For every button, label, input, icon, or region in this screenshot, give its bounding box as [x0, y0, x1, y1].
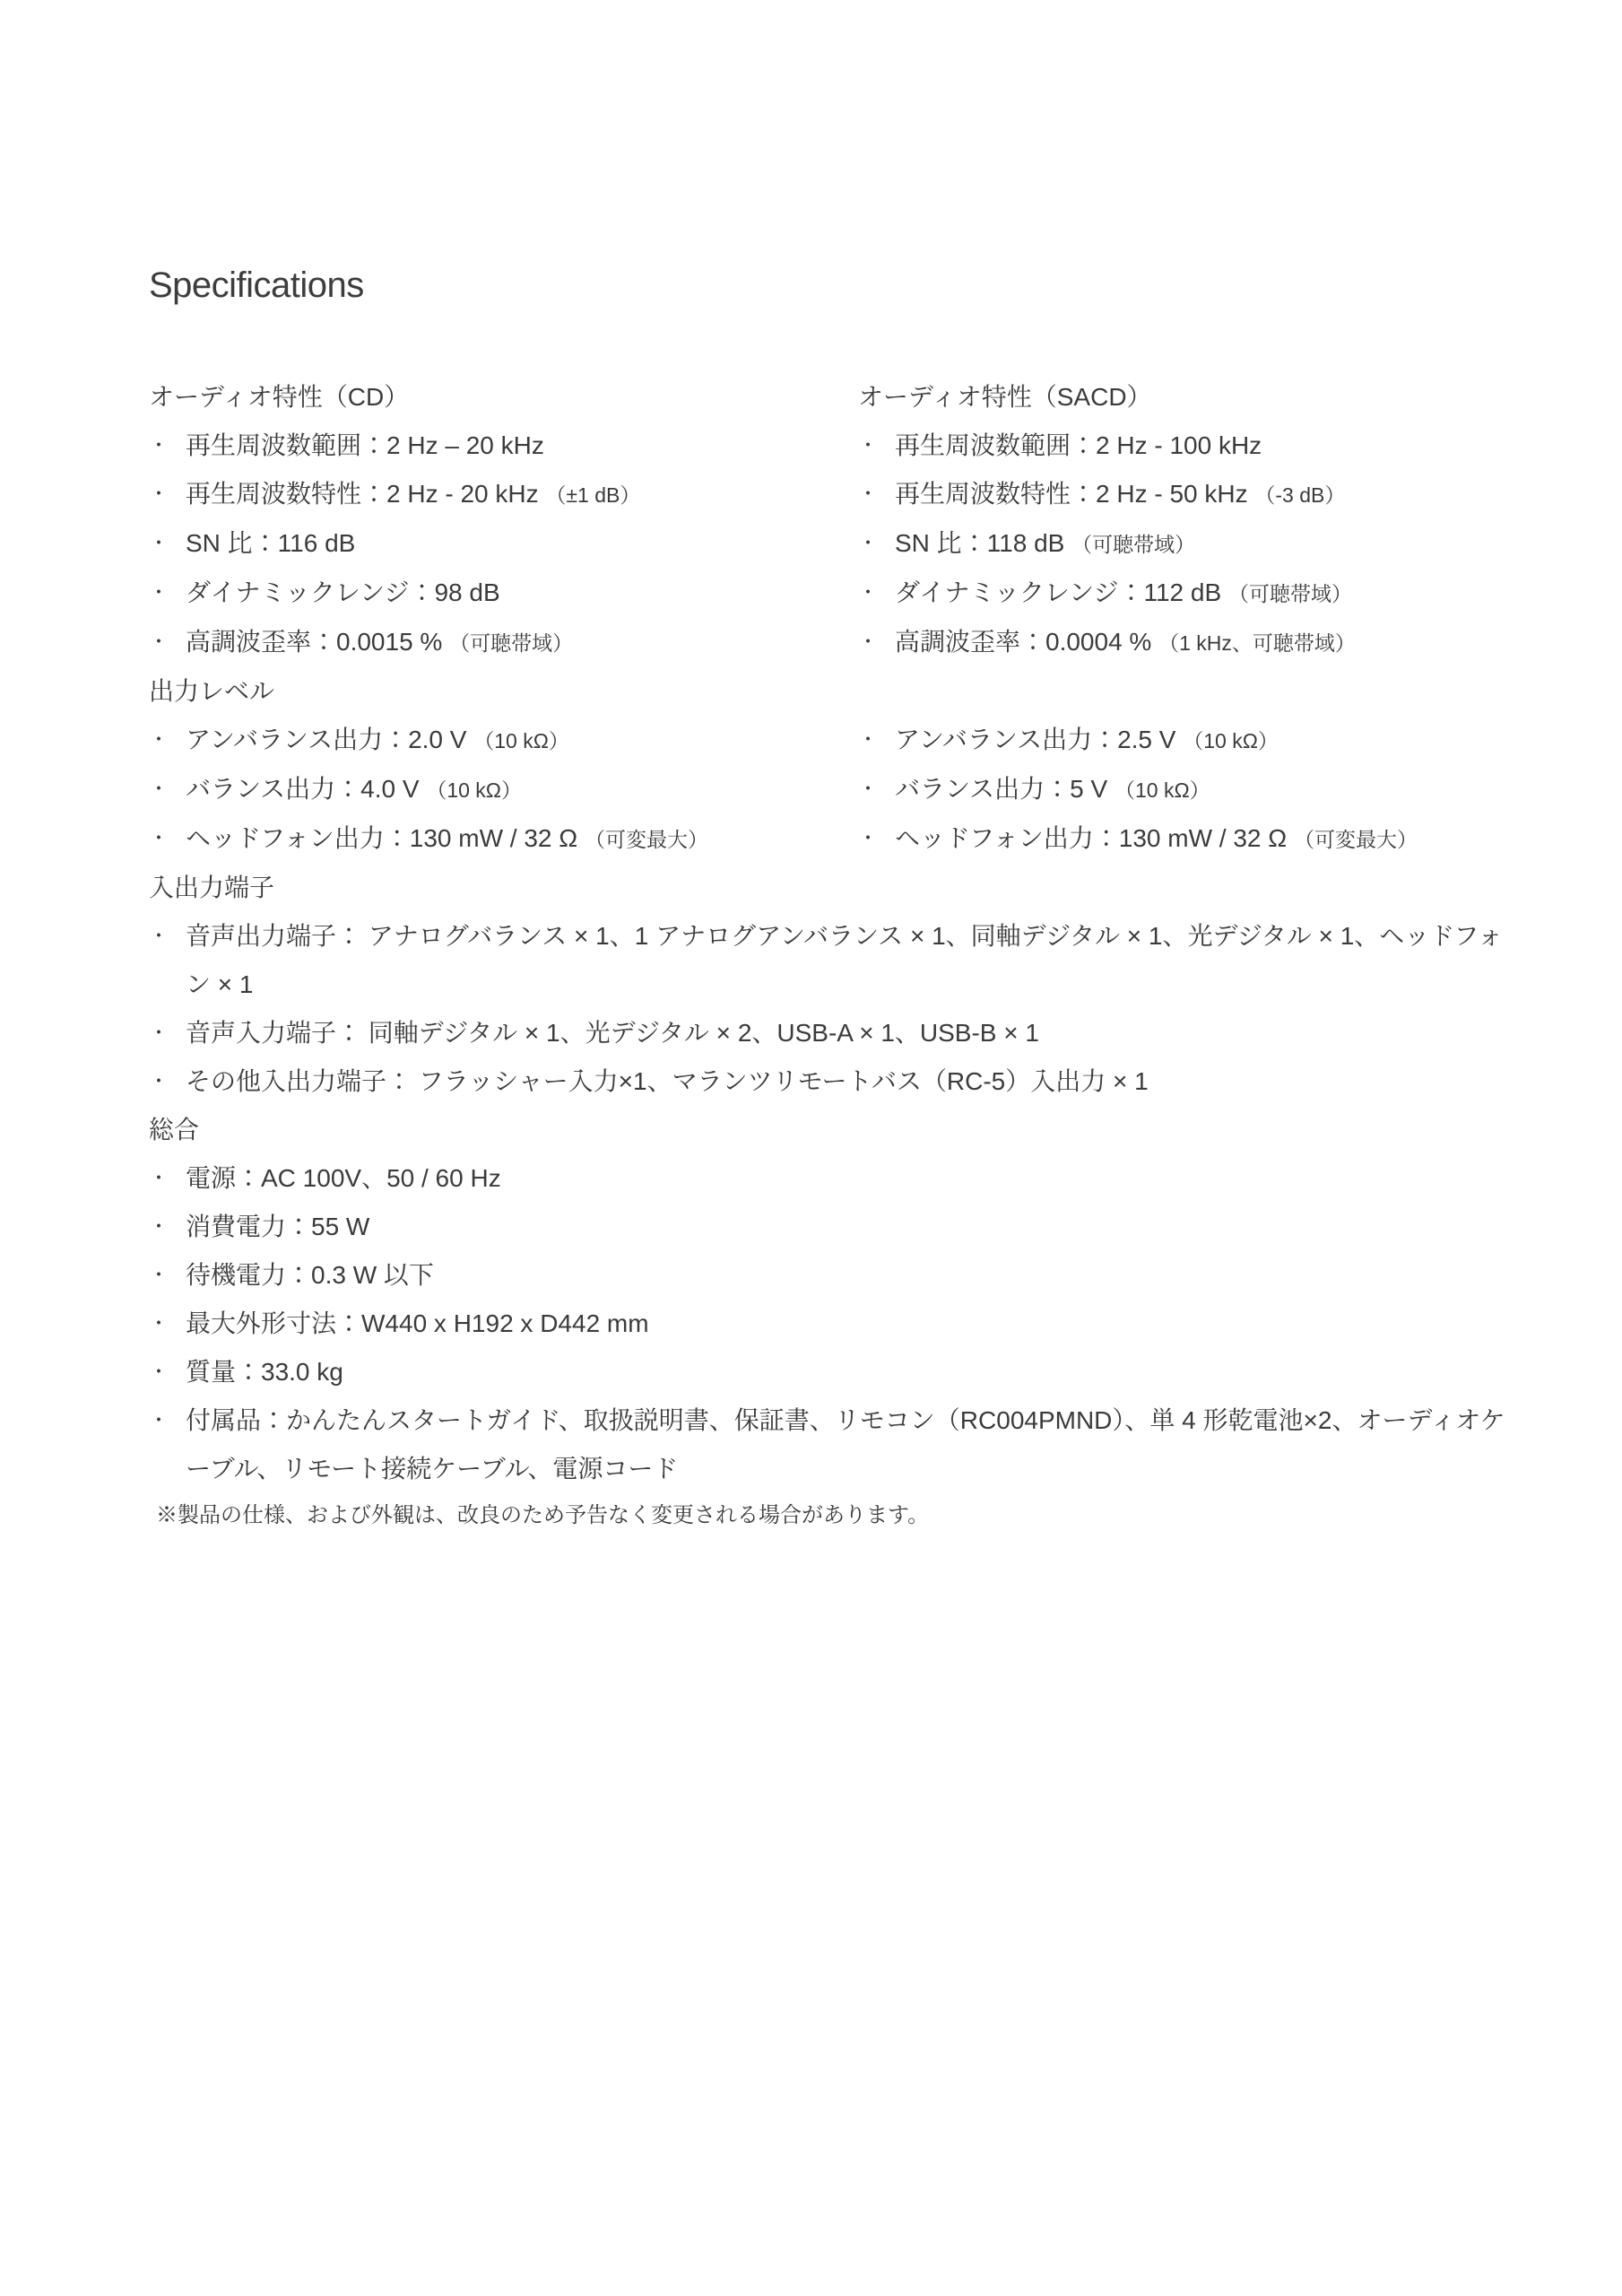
spec-item-text: その他入出力端子： フラッシャー入力×1、マランツリモートバス（RC-5）入出力… [186, 1057, 1505, 1106]
bullet-dot-icon: ・ [149, 1348, 186, 1396]
spec-item-text: 再生周波数特性：2 Hz - 20 kHz （±1 dB） [186, 470, 858, 519]
spec-item: ・待機電力：0.3 W 以下 [149, 1251, 1505, 1300]
spec-item: ・再生周波数範囲：2 Hz – 20 kHz [149, 422, 858, 470]
spec-detail-small: （可聴帯域） [449, 631, 573, 655]
spec-item: ・電源：AC 100V、50 / 60 Hz [149, 1154, 1505, 1203]
spec-detail: 高調波歪率：0.0015 % [186, 628, 449, 656]
spec-item-text: ダイナミックレンジ：112 dB （可聴帯域） [895, 569, 1505, 618]
bullet-dot-icon: ・ [858, 422, 895, 470]
bullet-dot-icon: ・ [858, 618, 895, 666]
spec-detail: 最大外形寸法：W440 x H192 x D442 mm [186, 1309, 649, 1337]
spec-item: ・高調波歪率：0.0004 % （1 kHz、可聴帯域） [858, 618, 1505, 667]
spec-detail: 消費電力：55 W [186, 1213, 369, 1240]
bullet-dot-icon: ・ [858, 470, 895, 518]
spec-item: ・アンバランス出力：2.5 V （10 kΩ） [858, 716, 1505, 765]
audio-cd-header: オーディオ特性（CD） [149, 373, 858, 422]
bullet-dot-icon: ・ [858, 765, 895, 813]
spec-detail: 待機電力：0.3 W 以下 [186, 1261, 434, 1289]
spec-detail-small: （可変最大） [585, 828, 708, 851]
spec-cell: ・バランス出力：5 V （10 kΩ） [858, 765, 1505, 814]
spec-item: ・ダイナミックレンジ：112 dB （可聴帯域） [858, 569, 1505, 618]
spec-detail-small: （可変最大） [1294, 828, 1418, 851]
spec-item: ・バランス出力：4.0 V （10 kΩ） [149, 765, 858, 814]
general-section: ・電源：AC 100V、50 / 60 Hz・消費電力：55 W・待機電力：0.… [149, 1154, 1505, 1493]
spec-item-text: 最大外形寸法：W440 x H192 x D442 mm [186, 1300, 1505, 1348]
spec-cell: ・アンバランス出力：2.0 V （10 kΩ） [149, 716, 858, 765]
bullet-dot-icon: ・ [149, 422, 186, 470]
bullet-dot-icon: ・ [149, 519, 186, 568]
spec-detail: 音声出力端子： アナログバランス × 1、1 アナログアンバランス × 1、同軸… [186, 922, 1503, 998]
spec-cell: ・再生周波数特性：2 Hz - 50 kHz （-3 dB） [858, 470, 1505, 519]
bullet-dot-icon: ・ [149, 1300, 186, 1348]
spec-cell: ・再生周波数範囲：2 Hz - 100 kHz [858, 422, 1505, 470]
spec-detail: アンバランス出力：2.5 V [895, 726, 1183, 753]
spec-detail: ダイナミックレンジ：98 dB [186, 578, 500, 606]
spec-item-text: 高調波歪率：0.0004 % （1 kHz、可聴帯域） [895, 618, 1505, 667]
page-content: Specifications オーディオ特性（CD） オーディオ特性（SACD）… [149, 265, 1505, 1531]
bullet-dot-icon: ・ [858, 716, 895, 764]
spec-item: ・消費電力：55 W [149, 1203, 1505, 1251]
spec-item-text: 再生周波数特性：2 Hz - 50 kHz （-3 dB） [895, 470, 1505, 519]
spec-item-text: 再生周波数範囲：2 Hz – 20 kHz [186, 422, 858, 470]
spec-detail: SN 比：116 dB [186, 529, 355, 557]
spec-item: ・バランス出力：5 V （10 kΩ） [858, 765, 1505, 814]
spec-cell: ・SN 比：118 dB （可聴帯域） [858, 519, 1505, 569]
bullet-dot-icon: ・ [149, 618, 186, 666]
spec-item-text: 高調波歪率：0.0015 % （可聴帯域） [186, 618, 858, 667]
spec-item-text: 音声出力端子： アナログバランス × 1、1 アナログアンバランス × 1、同軸… [186, 912, 1505, 1009]
spec-detail: ヘッドフォン出力：130 mW / 32 Ω [186, 824, 585, 852]
spec-detail: ダイナミックレンジ：112 dB [895, 578, 1228, 606]
spec-item: ・その他入出力端子： フラッシャー入力×1、マランツリモートバス（RC-5）入出… [149, 1057, 1505, 1106]
spec-item-text: 音声入力端子： 同軸デジタル × 1、光デジタル × 2、USB-A × 1、U… [186, 1009, 1505, 1057]
spec-detail: 高調波歪率：0.0004 % [895, 628, 1158, 656]
spec-detail: その他入出力端子： フラッシャー入力×1、マランツリモートバス（RC-5）入出力… [186, 1067, 1149, 1095]
spec-detail-small: （可聴帯域） [1071, 533, 1195, 556]
spec-item-text: アンバランス出力：2.0 V （10 kΩ） [186, 716, 858, 765]
spec-detail-small: （10 kΩ） [1115, 778, 1210, 802]
audio-characteristics-section: オーディオ特性（CD） オーディオ特性（SACD） ・再生周波数範囲：2 Hz … [149, 373, 1505, 667]
spec-item: ・ヘッドフォン出力：130 mW / 32 Ω （可変最大） [858, 814, 1505, 864]
spec-detail: ヘッドフォン出力：130 mW / 32 Ω [895, 824, 1294, 852]
spec-item-text: 待機電力：0.3 W 以下 [186, 1251, 1505, 1300]
spec-item-text: 再生周波数範囲：2 Hz - 100 kHz [895, 422, 1505, 470]
spec-item-text: 付属品：かんたんスタートガイド、取扱説明書、保証書、リモコン（RC004PMND… [186, 1396, 1505, 1493]
spec-item: ・ダイナミックレンジ：98 dB [149, 569, 858, 617]
spec-item: ・アンバランス出力：2.0 V （10 kΩ） [149, 716, 858, 765]
spec-detail: 再生周波数特性：2 Hz - 50 kHz [895, 480, 1254, 508]
general-header: 総合 [149, 1106, 1505, 1154]
bullet-dot-icon: ・ [858, 519, 895, 568]
spec-item: ・再生周波数特性：2 Hz - 50 kHz （-3 dB） [858, 470, 1505, 519]
spec-cell: ・再生周波数範囲：2 Hz – 20 kHz [149, 422, 858, 470]
page-title: Specifications [149, 265, 1505, 305]
spec-item: ・SN 比：116 dB [149, 519, 858, 568]
output-level-section: ・アンバランス出力：2.0 V （10 kΩ）・アンバランス出力：2.5 V （… [149, 716, 1505, 864]
spec-item-text: ヘッドフォン出力：130 mW / 32 Ω （可変最大） [186, 814, 858, 864]
spec-cell: ・ダイナミックレンジ：98 dB [149, 569, 858, 618]
spec-item: ・付属品：かんたんスタートガイド、取扱説明書、保証書、リモコン（RC004PMN… [149, 1396, 1505, 1493]
output-level-header: 出力レベル [149, 667, 1505, 716]
spec-item-text: ヘッドフォン出力：130 mW / 32 Ω （可変最大） [895, 814, 1505, 864]
spec-detail-small: （-3 dB） [1254, 483, 1345, 507]
spec-item-text: 電源：AC 100V、50 / 60 Hz [186, 1154, 1505, 1203]
audio-sacd-header: オーディオ特性（SACD） [858, 373, 1505, 422]
spec-item-text: ダイナミックレンジ：98 dB [186, 569, 858, 617]
bullet-dot-icon: ・ [149, 1396, 186, 1445]
bullet-dot-icon: ・ [149, 1203, 186, 1251]
spec-item-text: 質量：33.0 kg [186, 1348, 1505, 1396]
spec-item-text: SN 比：116 dB [186, 519, 858, 568]
spec-item: ・ヘッドフォン出力：130 mW / 32 Ω （可変最大） [149, 814, 858, 864]
bullet-dot-icon: ・ [149, 1154, 186, 1203]
spec-detail: アンバランス出力：2.0 V [186, 726, 473, 753]
spec-cell: ・再生周波数特性：2 Hz - 20 kHz （±1 dB） [149, 470, 858, 519]
spec-detail: バランス出力：4.0 V [186, 775, 426, 803]
spec-item: ・再生周波数範囲：2 Hz - 100 kHz [858, 422, 1505, 470]
bullet-dot-icon: ・ [149, 1057, 186, 1106]
spec-cell: ・アンバランス出力：2.5 V （10 kΩ） [858, 716, 1505, 765]
spec-cell: ・高調波歪率：0.0015 % （可聴帯域） [149, 618, 858, 667]
spec-item: ・音声入力端子： 同軸デジタル × 1、光デジタル × 2、USB-A × 1、… [149, 1009, 1505, 1057]
spec-detail-small: （±1 dB） [545, 483, 640, 507]
spec-item-text: バランス出力：4.0 V （10 kΩ） [186, 765, 858, 814]
bullet-dot-icon: ・ [149, 765, 186, 813]
footnote: ※製品の仕様、および外観は、改良のため予告なく変更される場合があります。 [156, 1500, 1505, 1531]
spec-item: ・SN 比：118 dB （可聴帯域） [858, 519, 1505, 569]
spec-detail: SN 比：118 dB [895, 529, 1071, 557]
bullet-dot-icon: ・ [149, 716, 186, 764]
bullet-dot-icon: ・ [149, 470, 186, 518]
specifications-page: Specifications オーディオ特性（CD） オーディオ特性（SACD）… [0, 0, 1622, 2296]
spec-item: ・最大外形寸法：W440 x H192 x D442 mm [149, 1300, 1505, 1348]
spec-item: ・音声出力端子： アナログバランス × 1、1 アナログアンバランス × 1、同… [149, 912, 1505, 1009]
bullet-dot-icon: ・ [149, 1251, 186, 1300]
spec-item-text: 消費電力：55 W [186, 1203, 1505, 1251]
bullet-dot-icon: ・ [149, 912, 186, 961]
io-terminals-header: 入出力端子 [149, 864, 1505, 912]
bullet-dot-icon: ・ [858, 569, 895, 617]
spec-item-text: アンバランス出力：2.5 V （10 kΩ） [895, 716, 1505, 765]
spec-cell: ・ヘッドフォン出力：130 mW / 32 Ω （可変最大） [858, 814, 1505, 864]
spec-item-text: バランス出力：5 V （10 kΩ） [895, 765, 1505, 814]
spec-detail: 音声入力端子： 同軸デジタル × 1、光デジタル × 2、USB-A × 1、U… [186, 1019, 1039, 1047]
spec-cell: ・ヘッドフォン出力：130 mW / 32 Ω （可変最大） [149, 814, 858, 864]
spec-detail: 再生周波数特性：2 Hz - 20 kHz [186, 480, 545, 508]
bullet-dot-icon: ・ [149, 814, 186, 863]
spec-item: ・高調波歪率：0.0015 % （可聴帯域） [149, 618, 858, 667]
spec-detail-small: （10 kΩ） [473, 729, 569, 752]
spec-cell: ・SN 比：116 dB [149, 519, 858, 569]
spec-detail: バランス出力：5 V [895, 775, 1115, 803]
spec-cell: ・バランス出力：4.0 V （10 kΩ） [149, 765, 858, 814]
spec-detail-small: （10 kΩ） [426, 778, 522, 802]
bullet-dot-icon: ・ [149, 1009, 186, 1057]
spec-item: ・再生周波数特性：2 Hz - 20 kHz （±1 dB） [149, 470, 858, 519]
spec-detail-small: （可聴帯域） [1228, 582, 1352, 605]
spec-detail: 電源：AC 100V、50 / 60 Hz [186, 1164, 501, 1192]
spec-cell: ・高調波歪率：0.0004 % （1 kHz、可聴帯域） [858, 618, 1505, 667]
io-terminals-section: ・音声出力端子： アナログバランス × 1、1 アナログアンバランス × 1、同… [149, 912, 1505, 1106]
spec-detail: 付属品：かんたんスタートガイド、取扱説明書、保証書、リモコン（RC004PMND… [186, 1406, 1505, 1483]
bullet-dot-icon: ・ [149, 569, 186, 617]
spec-detail-small: （1 kHz、可聴帯域） [1158, 631, 1356, 655]
spec-detail: 質量：33.0 kg [186, 1358, 343, 1386]
bullet-dot-icon: ・ [858, 814, 895, 863]
spec-item-text: SN 比：118 dB （可聴帯域） [895, 519, 1505, 569]
spec-detail-small: （10 kΩ） [1183, 729, 1279, 752]
spec-detail: 再生周波数範囲：2 Hz - 100 kHz [895, 431, 1262, 459]
spec-cell: ・ダイナミックレンジ：112 dB （可聴帯域） [858, 569, 1505, 618]
spec-item: ・質量：33.0 kg [149, 1348, 1505, 1396]
spec-detail: 再生周波数範囲：2 Hz – 20 kHz [186, 431, 544, 459]
